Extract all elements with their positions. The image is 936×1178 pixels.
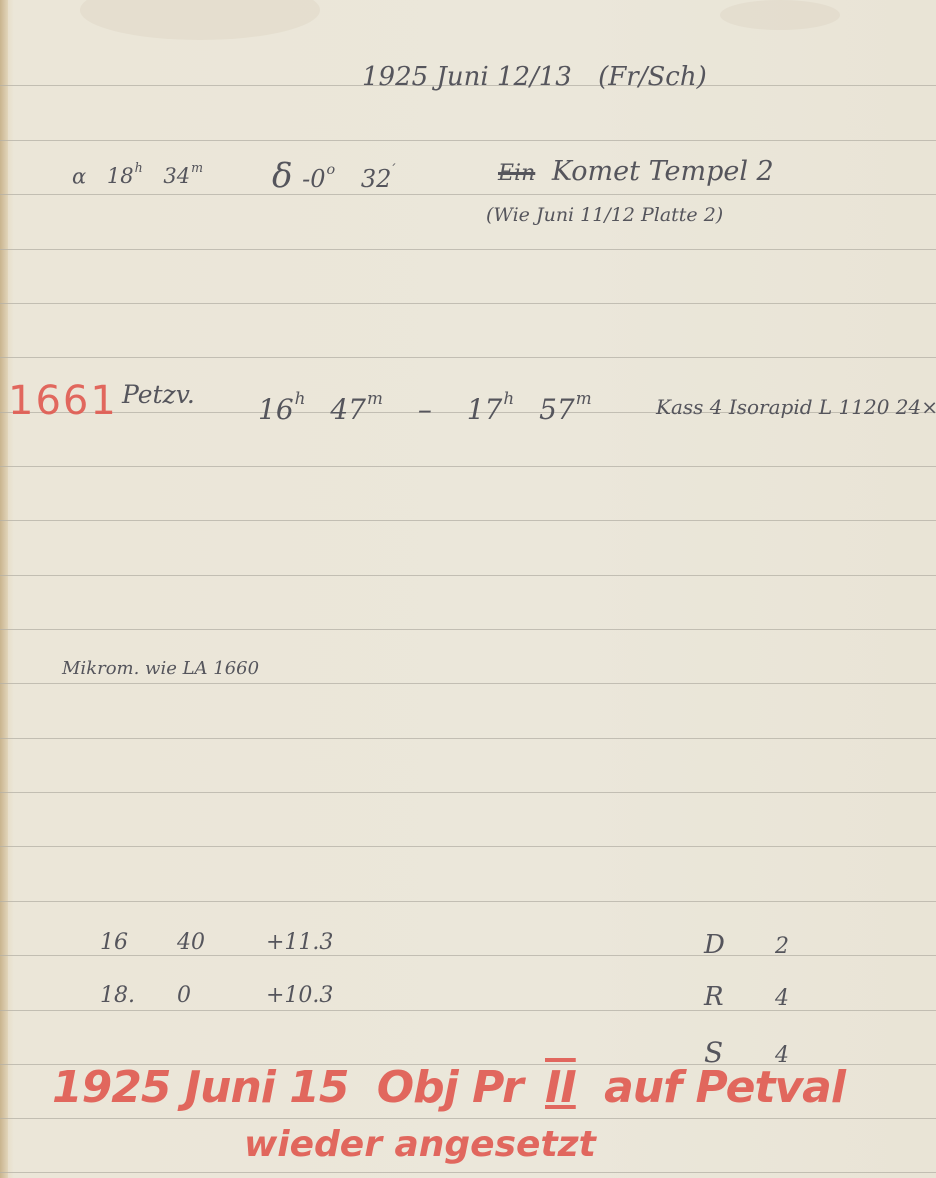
header-date: 1925 Juni 12/13 (Fr/Sch) xyxy=(362,62,707,92)
end-minutes: 57 xyxy=(539,393,575,426)
rule-line xyxy=(0,575,936,576)
rule-line xyxy=(0,1172,936,1173)
condition-symbol: R xyxy=(704,982,768,1012)
dec-minutes: 32 xyxy=(361,165,392,193)
start-minutes: 47 xyxy=(330,393,366,426)
condition-row: R 4 xyxy=(704,982,789,1012)
rule-line xyxy=(0,140,936,141)
page-spine-edge xyxy=(0,0,8,1178)
observers-text: (Fr/Sch) xyxy=(598,62,707,92)
rule-line xyxy=(0,683,936,684)
rule-line xyxy=(0,629,936,630)
rule-line xyxy=(0,1118,936,1119)
ra-minutes: 34 xyxy=(163,164,190,188)
rule-line xyxy=(0,303,936,304)
start-hours: 16 xyxy=(258,393,294,426)
struck-word: Ein xyxy=(498,161,535,186)
declination: δ -0o 32′ xyxy=(272,156,396,196)
condition-value: 4 xyxy=(775,986,789,1011)
ra-hours: 18 xyxy=(107,164,134,188)
rule-line xyxy=(0,738,936,739)
red-annotation-line1: 1925 Juni 15 Obj Pr II auf Petval xyxy=(52,1062,845,1113)
instrument-name: Petzv. xyxy=(122,380,195,409)
plate-number: 1661 xyxy=(8,378,118,424)
right-ascension: α 18h 34m xyxy=(72,160,203,188)
date-text: 1925 Juni 12/13 xyxy=(362,62,572,92)
alpha-symbol: α xyxy=(72,164,86,188)
reading-minute: 0 xyxy=(177,983,259,1008)
delta-symbol: δ xyxy=(272,156,292,196)
condition-row: D 2 xyxy=(704,930,789,960)
paper-stain xyxy=(720,0,840,30)
rule-line xyxy=(0,846,936,847)
rule-line xyxy=(0,1010,936,1011)
reading-row: 18. 0 +10.3 xyxy=(100,983,333,1008)
reading-minute: 40 xyxy=(177,930,259,955)
comet-name: Komet Tempel 2 xyxy=(552,156,774,187)
rule-line xyxy=(0,194,936,195)
rule-line xyxy=(0,357,936,358)
notebook-page: 1925 Juni 12/13 (Fr/Sch) α 18h 34m δ -0o… xyxy=(0,0,936,1178)
reading-hour: 18. xyxy=(100,983,170,1008)
rule-line xyxy=(0,466,936,467)
rule-line xyxy=(0,955,936,956)
rule-line xyxy=(0,520,936,521)
red-objective: Obj Pr xyxy=(377,1062,523,1113)
reading-value: +11.3 xyxy=(266,930,333,955)
condition-symbol: D xyxy=(704,930,768,960)
paper-stain xyxy=(80,0,320,40)
end-hours: 17 xyxy=(467,393,503,426)
rule-line xyxy=(0,249,936,250)
condition-value: 2 xyxy=(775,934,789,959)
red-date: 1925 Juni 15 xyxy=(52,1062,348,1113)
reading-hour: 16 xyxy=(100,930,170,955)
dec-degrees: -0 xyxy=(302,165,325,193)
reading-row: 16 40 +11.3 xyxy=(100,930,333,955)
red-annotation-line2: wieder angesetzt xyxy=(244,1124,596,1165)
micrometer-note: Mikrom. wie LA 1660 xyxy=(62,658,259,679)
red-roman-numeral: II xyxy=(545,1062,576,1113)
object-name: Ein Komet Tempel 2 xyxy=(498,156,774,187)
exposure-times: 16h 47m – 17h 57m xyxy=(258,388,592,426)
red-tail: auf Petval xyxy=(604,1062,845,1113)
range-dash: – xyxy=(418,393,432,426)
reading-value: +10.3 xyxy=(266,983,333,1008)
plate-info: Kass 4 Isorapid L 1120 24×2 xyxy=(656,395,936,419)
rule-line xyxy=(0,901,936,902)
object-note: (Wie Juni 11/12 Platte 2) xyxy=(486,204,723,226)
rule-line xyxy=(0,792,936,793)
